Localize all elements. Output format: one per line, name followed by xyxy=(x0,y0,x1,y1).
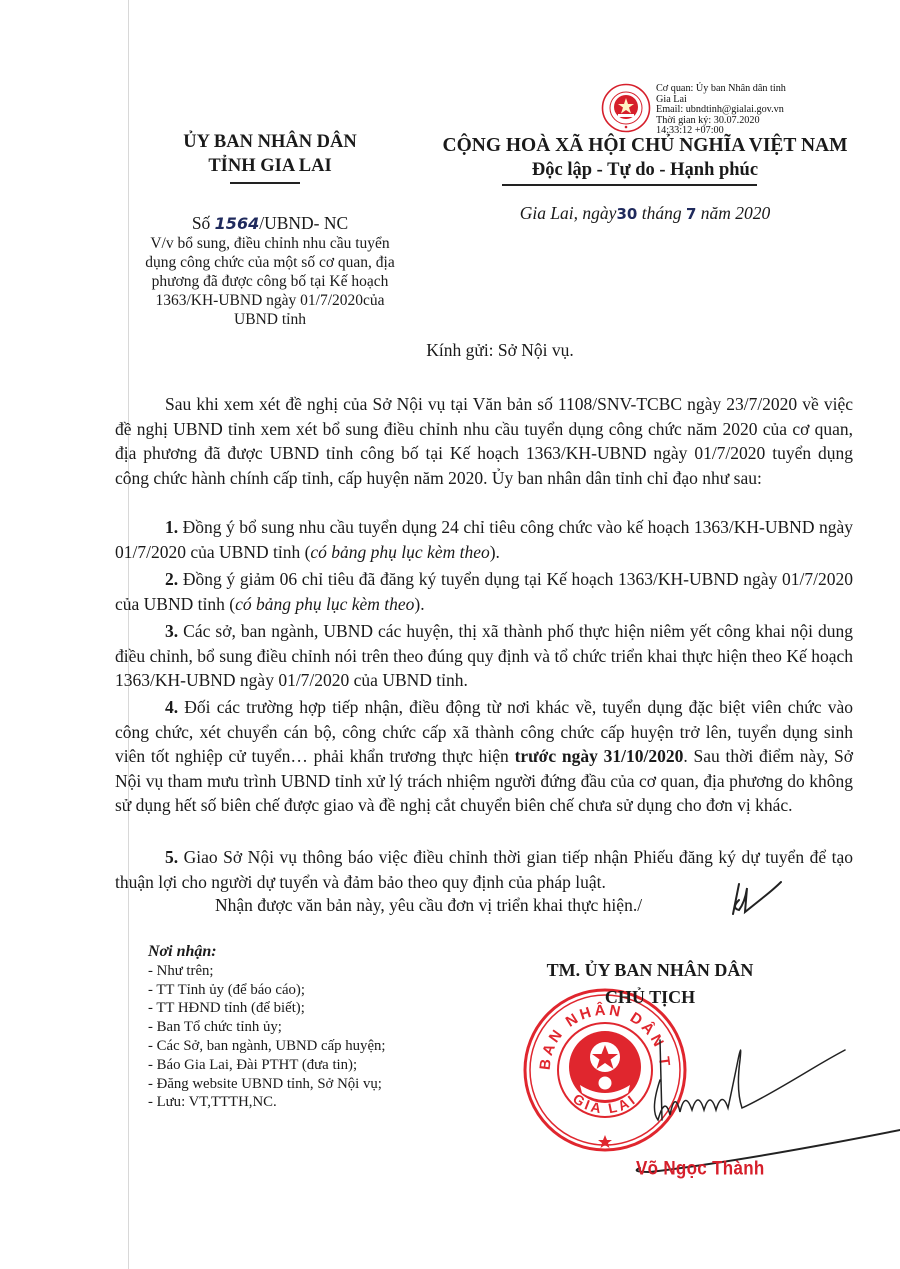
national-motto: Độc lập - Tự do - Hạnh phúc xyxy=(415,158,875,182)
deadline: trước ngày 31/10/2020 xyxy=(515,746,684,766)
place-and-date: Gia Lai, ngày30 tháng 7 năm 2020 xyxy=(415,203,875,224)
intro-paragraph: Sau khi xem xét đề nghị của Sở Nội vụ tạ… xyxy=(115,392,853,490)
item-3: 3. Các sở, ban ngành, UBND các huyện, th… xyxy=(115,619,853,693)
national-title: CỘNG HOÀ XÃ HỘI CHỦ NGHĨA VIỆT NAM xyxy=(415,134,875,158)
org-line-1: ỦY BAN NHÂN DÂN xyxy=(135,130,405,154)
signer-name: Võ Ngọc Thành xyxy=(636,1158,765,1180)
recipients-list: Nơi nhận: - Như trên; - TT Tỉnh ủy (để b… xyxy=(148,943,386,1112)
item-4: 4. Đối các trường hợp tiếp nhận, điều độ… xyxy=(115,695,853,818)
handwritten-day: 30 xyxy=(616,205,637,223)
list-item: - TT HĐND tỉnh (để biết); xyxy=(148,999,386,1018)
handwritten-doc-number: 1564 xyxy=(215,214,260,233)
list-item: - Lưu: VT,TTTH,NC. xyxy=(148,1093,386,1112)
org-underline xyxy=(230,182,300,184)
document-subject: V/v bổ sung, điều chỉnh nhu cầu tuyển dụ… xyxy=(135,234,405,329)
digital-signature-seal-icon xyxy=(601,83,651,133)
list-item: - Ban Tổ chức tỉnh ủy; xyxy=(148,1018,386,1037)
item-1: 1. Đồng ý bổ sung nhu cầu tuyển dụng 24 … xyxy=(115,515,853,564)
handwritten-signature-icon xyxy=(630,1020,900,1180)
handwritten-month: 7 xyxy=(686,205,696,223)
issuing-authority: ỦY BAN NHÂN DÂN TỈNH GIA LAI xyxy=(135,130,405,178)
signature-title: TM. ỦY BAN NHÂN DÂN CHỦ TỊCH xyxy=(505,957,795,1011)
list-item: - Đăng website UBND tỉnh, Sở Nội vụ; xyxy=(148,1075,386,1094)
document-number: Số 1564/UBND- NC xyxy=(135,213,405,234)
initials-mark-icon xyxy=(725,878,785,918)
addressee: Kính gửi: Sở Nội vụ. xyxy=(300,340,700,361)
item-2: 2. Đồng ý giảm 06 chỉ tiêu đã đăng ký tu… xyxy=(115,567,853,616)
recipients-title: Nơi nhận: xyxy=(148,943,386,962)
list-item: - TT Tỉnh ủy (để báo cáo); xyxy=(148,981,386,1000)
list-item: - Như trên; xyxy=(148,962,386,981)
motto-underline xyxy=(502,184,757,186)
list-item: - Báo Gia Lai, Đài PTHT (đưa tin); xyxy=(148,1056,386,1075)
org-line-2: TỈNH GIA LAI xyxy=(135,154,405,178)
digital-signature-info: Cơ quan: Ủy ban Nhân dân tỉnh Gia Lai Em… xyxy=(656,84,786,137)
list-item: - Các Sở, ban ngành, UBND cấp huyện; xyxy=(148,1037,386,1056)
